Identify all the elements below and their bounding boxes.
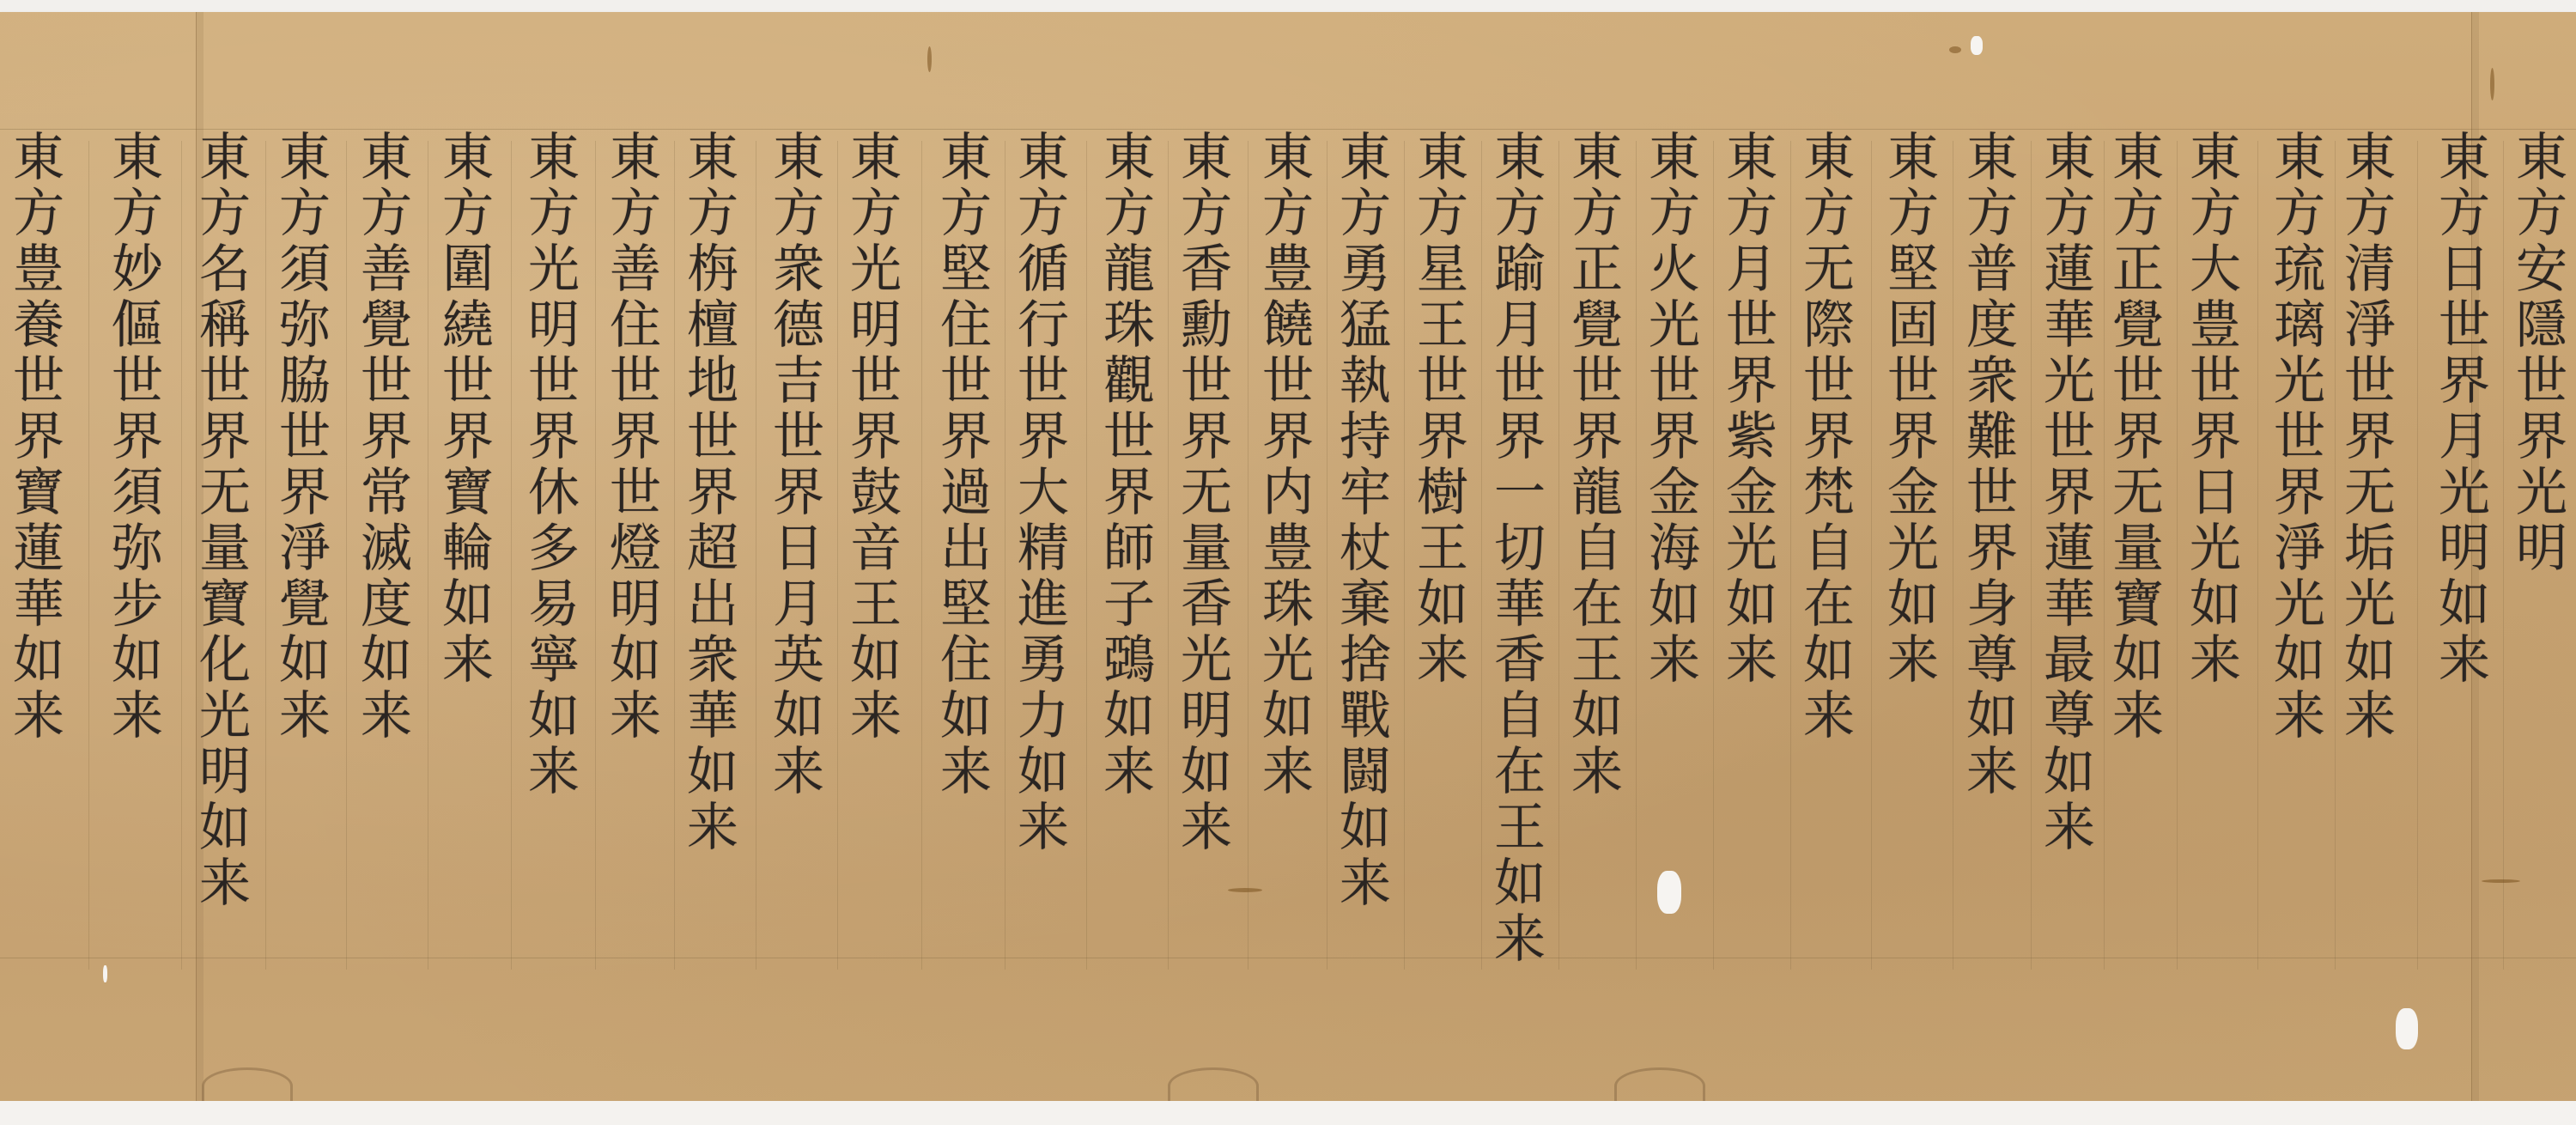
wormhole xyxy=(1657,871,1681,914)
character: 界 xyxy=(1417,410,1468,465)
character: 方 xyxy=(2274,186,2325,242)
character: 光 xyxy=(850,242,902,298)
character: 世 xyxy=(279,410,331,465)
bottom-ruled-line xyxy=(0,958,2576,958)
character: 東 xyxy=(112,131,163,186)
character: 方 xyxy=(1887,186,1939,242)
character: 来 xyxy=(1181,800,1232,856)
character: 来 xyxy=(610,689,661,745)
character: 常 xyxy=(361,465,412,521)
character: 界 xyxy=(1726,354,1777,410)
character: 方 xyxy=(610,186,661,242)
text-column: 東方勇猛執持牢杖棄捨戰闘如来 xyxy=(1333,131,1398,912)
character: 戰 xyxy=(1340,689,1391,745)
column-ruling xyxy=(1327,141,1327,970)
text-column: 東方正覺世界无量寶如来 xyxy=(2105,131,2171,745)
character: 方 xyxy=(1966,186,2018,242)
character: 界 xyxy=(2439,354,2490,410)
character: 東 xyxy=(1018,131,1069,186)
character: 世 xyxy=(1181,354,1232,410)
column-ruling xyxy=(1404,141,1405,970)
text-column: 東方龍珠觀世界師子鵶如来 xyxy=(1097,131,1162,800)
character: 堅 xyxy=(940,242,992,298)
character: 如 xyxy=(528,689,580,745)
character: 鼓 xyxy=(850,465,902,521)
character: 東 xyxy=(1417,131,1468,186)
character: 光 xyxy=(2439,465,2490,521)
character: 豊 xyxy=(13,242,64,298)
character: 月 xyxy=(1726,242,1777,298)
character: 光 xyxy=(2044,354,2095,410)
character: 進 xyxy=(1018,577,1069,633)
column-ruling xyxy=(674,141,675,970)
character: 東 xyxy=(1803,131,1855,186)
character: 隱 xyxy=(2516,298,2567,354)
text-column: 東方正覺世界龍自在王如来 xyxy=(1564,131,1630,800)
character: 東 xyxy=(2044,131,2095,186)
character: 界 xyxy=(850,410,902,465)
character: 琉 xyxy=(2274,242,2325,298)
character: 東 xyxy=(13,131,64,186)
character: 子 xyxy=(1103,577,1155,633)
character: 休 xyxy=(528,465,580,521)
character: 方 xyxy=(528,186,580,242)
character: 来 xyxy=(1571,745,1623,800)
scan-background-bottom xyxy=(0,1101,2576,1125)
character: 方 xyxy=(1649,186,1700,242)
character: 化 xyxy=(199,633,251,689)
water-stain xyxy=(1168,1067,1259,1104)
character: 方 xyxy=(2516,186,2567,242)
character: 杖 xyxy=(1340,521,1391,577)
character: 界 xyxy=(1018,410,1069,465)
column-ruling xyxy=(2104,141,2105,970)
character: 星 xyxy=(1417,242,1468,298)
character: 東 xyxy=(1887,131,1939,186)
character: 世 xyxy=(687,410,738,465)
character: 世 xyxy=(199,354,251,410)
character: 如 xyxy=(1726,577,1777,633)
character: 勇 xyxy=(1340,242,1391,298)
character: 龍 xyxy=(1571,465,1623,521)
character: 寶 xyxy=(199,577,251,633)
character: 方 xyxy=(199,186,251,242)
character: 勇 xyxy=(1018,633,1069,689)
character: 世 xyxy=(2439,298,2490,354)
text-column: 東方踰月世界一切華香自在王如来 xyxy=(1487,131,1552,968)
character: 如 xyxy=(1340,800,1391,856)
column-ruling xyxy=(511,141,512,970)
character: 火 xyxy=(1649,242,1700,298)
text-column: 東方豊養世界寶蓮華如来 xyxy=(6,131,71,745)
text-column: 東方大豊世界日光如来 xyxy=(2183,131,2248,689)
character: 東 xyxy=(1571,131,1623,186)
character: 勳 xyxy=(1181,298,1232,354)
character: 度 xyxy=(1966,298,2018,354)
character: 方 xyxy=(2439,186,2490,242)
character: 来 xyxy=(940,745,992,800)
character: 自 xyxy=(1803,521,1855,577)
character: 方 xyxy=(279,186,331,242)
character: 明 xyxy=(199,745,251,800)
text-column: 東方妙傴世界須弥步如来 xyxy=(105,131,170,745)
wormhole xyxy=(1971,36,1983,55)
character: 世 xyxy=(2112,354,2164,410)
character: 如 xyxy=(442,577,494,633)
character: 東 xyxy=(2190,131,2241,186)
character: 蓮 xyxy=(13,521,64,577)
character: 世 xyxy=(13,354,64,410)
character: 来 xyxy=(2044,800,2095,856)
column-ruling xyxy=(1953,141,1953,970)
character: 牢 xyxy=(1340,465,1391,521)
column-ruling xyxy=(2503,141,2504,970)
character: 紫 xyxy=(1726,410,1777,465)
character: 在 xyxy=(1803,577,1855,633)
character: 界 xyxy=(279,465,331,521)
character: 海 xyxy=(1649,521,1700,577)
character: 東 xyxy=(2274,131,2325,186)
character: 饒 xyxy=(1262,298,1314,354)
wormhole xyxy=(103,965,107,982)
text-column: 東方光明世界鼓音王如来 xyxy=(843,131,908,745)
character: 梵 xyxy=(1803,465,1855,521)
character: 住 xyxy=(610,298,661,354)
character: 界 xyxy=(112,410,163,465)
character: 寧 xyxy=(528,633,580,689)
character: 来 xyxy=(1887,633,1939,689)
character: 在 xyxy=(1494,745,1546,800)
character: 来 xyxy=(1262,745,1314,800)
character: 執 xyxy=(1340,354,1391,410)
character: 世 xyxy=(1726,298,1777,354)
column-ruling xyxy=(1481,141,1482,970)
character: 界 xyxy=(2190,410,2241,465)
character: 名 xyxy=(199,242,251,298)
character: 来 xyxy=(279,689,331,745)
character: 覺 xyxy=(361,298,412,354)
character: 清 xyxy=(2344,242,2396,298)
character: 觀 xyxy=(1103,354,1155,410)
character: 明 xyxy=(1181,689,1232,745)
character: 如 xyxy=(2439,577,2490,633)
text-column: 東方循行世界大精進勇力如来 xyxy=(1011,131,1076,856)
character: 世 xyxy=(2190,354,2241,410)
character: 蓮 xyxy=(2044,242,2095,298)
character: 世 xyxy=(1018,354,1069,410)
character: 如 xyxy=(199,800,251,856)
character: 香 xyxy=(1181,242,1232,298)
character: 難 xyxy=(1966,410,2018,465)
character: 步 xyxy=(112,577,163,633)
text-column: 東方善住世界世燈明如来 xyxy=(603,131,668,745)
character: 月 xyxy=(773,577,824,633)
character: 捨 xyxy=(1340,633,1391,689)
character: 東 xyxy=(2344,131,2396,186)
character: 燈 xyxy=(610,521,661,577)
character: 界 xyxy=(2044,465,2095,521)
character: 東 xyxy=(528,131,580,186)
character: 世 xyxy=(1262,354,1314,410)
character: 方 xyxy=(1018,186,1069,242)
character: 猛 xyxy=(1340,298,1391,354)
character: 如 xyxy=(1417,577,1468,633)
character: 日 xyxy=(773,521,824,577)
character: 界 xyxy=(442,410,494,465)
character: 淨 xyxy=(279,521,331,577)
text-column: 東方无際世界梵自在如来 xyxy=(1796,131,1862,745)
character: 如 xyxy=(1181,745,1232,800)
column-ruling xyxy=(1168,141,1169,970)
character: 来 xyxy=(199,856,251,912)
character: 王 xyxy=(1417,298,1468,354)
character: 界 xyxy=(1262,410,1314,465)
character: 如 xyxy=(2344,633,2396,689)
character: 在 xyxy=(1571,577,1623,633)
character: 淨 xyxy=(2274,521,2325,577)
character: 光 xyxy=(1262,633,1314,689)
character: 世 xyxy=(528,354,580,410)
character: 光 xyxy=(2274,577,2325,633)
character: 界 xyxy=(528,410,580,465)
character: 界 xyxy=(361,410,412,465)
character: 普 xyxy=(1966,242,2018,298)
character: 世 xyxy=(2274,410,2325,465)
character: 東 xyxy=(2439,131,2490,186)
column-ruling xyxy=(1713,141,1714,970)
character: 妙 xyxy=(112,242,163,298)
character: 如 xyxy=(2112,633,2164,689)
character: 正 xyxy=(1571,242,1623,298)
character: 住 xyxy=(940,633,992,689)
character: 繞 xyxy=(442,298,494,354)
character: 易 xyxy=(528,577,580,633)
character: 金 xyxy=(1726,465,1777,521)
character: 方 xyxy=(442,186,494,242)
text-column: 東方栴檀地世界超出衆華如来 xyxy=(680,131,745,856)
character: 寶 xyxy=(13,465,64,521)
character: 方 xyxy=(1262,186,1314,242)
text-column: 東方火光世界金海如来 xyxy=(1642,131,1707,689)
character: 方 xyxy=(1103,186,1155,242)
character: 来 xyxy=(13,689,64,745)
character: 光 xyxy=(2516,465,2567,521)
character: 過 xyxy=(940,465,992,521)
character: 堅 xyxy=(1887,242,1939,298)
character: 覺 xyxy=(2112,298,2164,354)
character: 界 xyxy=(13,410,64,465)
character: 王 xyxy=(850,577,902,633)
character: 来 xyxy=(442,633,494,689)
character: 明 xyxy=(2516,521,2567,577)
character: 方 xyxy=(361,186,412,242)
column-ruling xyxy=(1248,141,1249,970)
character: 日 xyxy=(2190,465,2241,521)
character: 来 xyxy=(2112,689,2164,745)
text-column: 東方清淨世界无垢光如来 xyxy=(2337,131,2403,745)
character: 方 xyxy=(2344,186,2396,242)
character: 蓮 xyxy=(2044,521,2095,577)
character: 光 xyxy=(1181,633,1232,689)
character: 金 xyxy=(1649,465,1700,521)
character: 養 xyxy=(13,298,64,354)
character: 明 xyxy=(528,298,580,354)
character: 固 xyxy=(1887,298,1939,354)
character: 安 xyxy=(2516,242,2567,298)
character: 如 xyxy=(1494,856,1546,912)
character: 東 xyxy=(850,131,902,186)
character: 璃 xyxy=(2274,298,2325,354)
character: 界 xyxy=(1966,521,2018,577)
character: 方 xyxy=(2190,186,2241,242)
character: 超 xyxy=(687,521,738,577)
wormhole xyxy=(2396,1008,2418,1049)
character: 精 xyxy=(1018,521,1069,577)
character: 世 xyxy=(1966,465,2018,521)
character: 内 xyxy=(1262,465,1314,521)
text-column: 東方豊饒世界内豊珠光如来 xyxy=(1255,131,1321,800)
character: 界 xyxy=(610,410,661,465)
character: 世 xyxy=(1649,354,1700,410)
character: 明 xyxy=(2439,521,2490,577)
character: 光 xyxy=(1726,521,1777,577)
character: 界 xyxy=(1571,410,1623,465)
character: 世 xyxy=(610,354,661,410)
character: 光 xyxy=(199,689,251,745)
character: 如 xyxy=(610,633,661,689)
character: 世 xyxy=(773,410,824,465)
character: 无 xyxy=(1181,465,1232,521)
character: 大 xyxy=(2190,242,2241,298)
character: 方 xyxy=(1803,186,1855,242)
character: 華 xyxy=(13,577,64,633)
character: 界 xyxy=(940,410,992,465)
character: 英 xyxy=(773,633,824,689)
column-ruling xyxy=(1005,141,1005,970)
character: 日 xyxy=(2439,242,2490,298)
character: 如 xyxy=(773,689,824,745)
character: 東 xyxy=(199,131,251,186)
character: 鵶 xyxy=(1103,633,1155,689)
character: 善 xyxy=(610,242,661,298)
character: 王 xyxy=(1571,633,1623,689)
character: 循 xyxy=(1018,242,1069,298)
character: 最 xyxy=(2044,633,2095,689)
character: 如 xyxy=(2190,577,2241,633)
character: 一 xyxy=(1494,465,1546,521)
character: 界 xyxy=(2344,410,2396,465)
character: 如 xyxy=(2044,745,2095,800)
character: 覺 xyxy=(1571,298,1623,354)
column-ruling xyxy=(2031,141,2032,970)
character: 力 xyxy=(1018,689,1069,745)
character: 東 xyxy=(1340,131,1391,186)
character: 自 xyxy=(1571,521,1623,577)
character: 栴 xyxy=(687,242,738,298)
character: 世 xyxy=(1571,354,1623,410)
character: 如 xyxy=(361,633,412,689)
character: 東 xyxy=(1494,131,1546,186)
character: 如 xyxy=(1262,689,1314,745)
column-ruling xyxy=(88,141,89,970)
character: 如 xyxy=(112,633,163,689)
character: 脇 xyxy=(279,354,331,410)
text-column: 東方星王世界樹王如来 xyxy=(1410,131,1475,689)
character: 世 xyxy=(1417,354,1468,410)
text-column: 東方衆德吉世界日月英如来 xyxy=(766,131,831,800)
character: 出 xyxy=(687,577,738,633)
character: 方 xyxy=(13,186,64,242)
character: 如 xyxy=(1649,577,1700,633)
column-ruling xyxy=(921,141,922,970)
character: 香 xyxy=(1181,577,1232,633)
character: 東 xyxy=(1103,131,1155,186)
character: 来 xyxy=(1649,633,1700,689)
character: 龍 xyxy=(1103,242,1155,298)
text-column: 東方光明世界休多易寧如来 xyxy=(521,131,586,800)
character: 来 xyxy=(112,689,163,745)
character: 来 xyxy=(361,689,412,745)
character: 界 xyxy=(1803,410,1855,465)
column-ruling xyxy=(181,141,182,970)
character: 来 xyxy=(2274,689,2325,745)
character: 住 xyxy=(940,298,992,354)
character: 持 xyxy=(1340,410,1391,465)
character: 衆 xyxy=(687,633,738,689)
character: 王 xyxy=(1494,800,1546,856)
character: 来 xyxy=(1340,856,1391,912)
character: 寶 xyxy=(442,465,494,521)
character: 光 xyxy=(2344,577,2396,633)
character: 界 xyxy=(1649,410,1700,465)
character: 无 xyxy=(1803,242,1855,298)
character: 如 xyxy=(1803,633,1855,689)
character: 世 xyxy=(2516,354,2567,410)
character: 来 xyxy=(1803,689,1855,745)
character: 方 xyxy=(1494,186,1546,242)
text-column: 東方月世界紫金光如来 xyxy=(1719,131,1784,689)
character: 方 xyxy=(1417,186,1468,242)
character: 檀 xyxy=(687,298,738,354)
character: 如 xyxy=(279,633,331,689)
character: 德 xyxy=(773,298,824,354)
character: 正 xyxy=(2112,242,2164,298)
character: 世 xyxy=(112,354,163,410)
character: 覺 xyxy=(279,577,331,633)
character: 行 xyxy=(1018,298,1069,354)
column-ruling xyxy=(837,141,838,970)
character: 師 xyxy=(1103,521,1155,577)
text-column: 東方須弥脇世界淨覺如来 xyxy=(272,131,337,745)
character: 世 xyxy=(2044,410,2095,465)
character: 方 xyxy=(112,186,163,242)
character: 垢 xyxy=(2344,521,2396,577)
character: 弥 xyxy=(112,521,163,577)
character: 来 xyxy=(2190,633,2241,689)
character: 界 xyxy=(199,410,251,465)
character: 華 xyxy=(687,689,738,745)
column-ruling xyxy=(428,141,428,970)
character: 王 xyxy=(1417,521,1468,577)
character: 如 xyxy=(850,633,902,689)
character: 華 xyxy=(1494,577,1546,633)
character: 方 xyxy=(1726,186,1777,242)
ink-stain xyxy=(2490,68,2494,100)
character: 来 xyxy=(2344,689,2396,745)
character: 光 xyxy=(1887,521,1939,577)
character: 光 xyxy=(2274,354,2325,410)
character: 量 xyxy=(1181,521,1232,577)
